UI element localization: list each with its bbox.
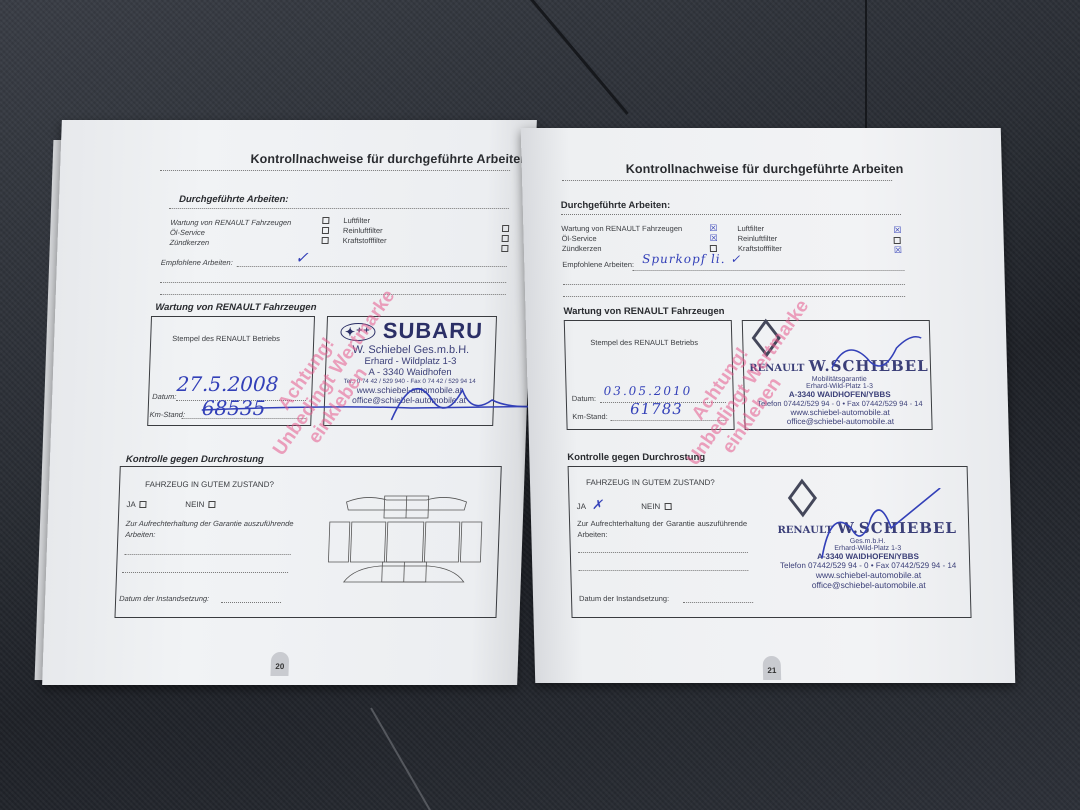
checkbox[interactable]: ☒ [709, 223, 717, 233]
km-label: Km-Stand: [572, 412, 608, 421]
checkbox[interactable] [894, 235, 902, 245]
checkbox-column: ☒ ☒ [893, 225, 902, 255]
section-heading: Durchgeführte Arbeiten: [179, 194, 289, 205]
date-label: Datum: [572, 394, 596, 403]
handwritten-date: 03.05.2010 [603, 384, 692, 398]
repair-date-label: Datum der Instandsetzung: [119, 594, 209, 603]
no-checkbox[interactable] [208, 501, 215, 508]
work-item: Wartung von RENAULT Fahrzeugen [170, 218, 291, 227]
checkbox[interactable]: ☒ [893, 225, 901, 235]
checkbox-column [497, 224, 509, 254]
yes-label: JA [126, 500, 136, 509]
stamp-label: Stempel des RENAULT Betriebs [590, 338, 698, 347]
work-item: Kraftstofffilter [343, 236, 387, 245]
work-item: Öl-Service [170, 228, 205, 237]
page-number: 21 [763, 656, 782, 680]
work-item: Reinluftfilter [343, 226, 383, 235]
condition-question: FAHRZEUG IN GUTEM ZUSTAND? [145, 480, 274, 489]
handwritten-km: 61783 [630, 400, 683, 418]
stamp-label: Stempel des RENAULT Betriebs [172, 334, 280, 343]
work-item: Zündkerzen [169, 238, 209, 247]
handwritten-signature [826, 328, 928, 388]
section-heading: Kontrolle gegen Durchrostung [126, 454, 264, 465]
recommended-label: Empfohlene Arbeiten: [161, 258, 233, 267]
checkbox-column [317, 216, 329, 246]
car-body-diagram [323, 492, 486, 592]
handwritten-signature [800, 488, 952, 568]
divider [160, 170, 510, 171]
no-label: NEIN [185, 500, 204, 509]
work-item-list: Wartung von RENAULT Fahrzeugen Öl-Servic… [561, 224, 683, 254]
recommended-label: Empfohlene Arbeiten: [562, 260, 634, 269]
yes-no-row: JA ✗ NEIN [576, 498, 671, 513]
no-checkbox[interactable] [664, 503, 671, 510]
work-item-list: Wartung von RENAULT Fahrzeugen Öl-Servic… [169, 218, 291, 248]
recommended-line [160, 282, 506, 283]
page-title: Kontrollnachweise für durchgeführte Arbe… [250, 152, 528, 166]
warranty-line [122, 572, 288, 573]
section-heading: Wartung von RENAULT Fahrzeugen [155, 302, 317, 313]
divider [561, 214, 901, 215]
stamp-email: office@schiebel-automobile.at [759, 580, 979, 590]
checkbox-column: ☒ ☒ [709, 223, 718, 253]
checkbox[interactable] [322, 227, 329, 234]
repair-date-line [221, 602, 281, 603]
repair-date-label: Datum der Instandsetzung: [579, 594, 669, 603]
page-title: Kontrollnachweise für durchgeführte Arbe… [626, 162, 904, 176]
warranty-text: Zur Aufrechterhaltung der Garantie auszu… [125, 518, 296, 540]
work-item: Wartung von RENAULT Fahrzeugen [561, 224, 682, 233]
checkbox[interactable] [501, 245, 508, 252]
work-item: Kraftstofffilter [738, 244, 782, 253]
recommended-line [632, 270, 904, 271]
recommended-line [237, 266, 507, 267]
work-item: Luftfilter [343, 216, 370, 225]
work-item-list: Luftfilter Reinluftfilter Kraftstofffilt… [737, 224, 782, 254]
section-heading: Durchgeführte Arbeiten: [561, 200, 671, 211]
no-label: NEIN [641, 502, 660, 511]
warranty-line [578, 552, 748, 553]
work-item: Öl-Service [562, 234, 597, 243]
stamp-email: office@schiebel-automobile.at [740, 417, 940, 426]
checkbox[interactable]: ☒ [709, 233, 717, 243]
checkbox[interactable] [502, 235, 509, 242]
stamp-web: www.schiebel-automobile.at [758, 570, 978, 580]
page-number: 20 [270, 652, 289, 676]
checkbox[interactable]: ☒ [894, 245, 902, 255]
warranty-text: Zur Aufrechterhaltung der Garantie auszu… [577, 518, 748, 540]
date-label: Datum: [152, 392, 177, 401]
repair-date-line [683, 602, 753, 603]
divider [169, 208, 509, 209]
warranty-line [125, 554, 291, 555]
service-booklet: Kontrollnachweise für durchgeführte Arbe… [0, 0, 1080, 810]
section-heading: Wartung von RENAULT Fahrzeugen [563, 306, 724, 317]
condition-question: FAHRZEUG IN GUTEM ZUSTAND? [586, 478, 715, 487]
km-label: Km-Stand: [149, 410, 185, 419]
yes-no-row: JA NEIN [126, 500, 215, 509]
checkbox[interactable] [322, 217, 329, 224]
work-item: Luftfilter [737, 224, 764, 233]
checkbox[interactable] [322, 237, 329, 244]
divider [562, 180, 892, 181]
yes-checkbox-checked[interactable]: ✗ [592, 498, 603, 513]
yes-label: JA [577, 502, 586, 511]
handwritten-recommendation: Spurkopf li. ✓ [642, 252, 742, 266]
work-item: Zündkerzen [562, 244, 602, 253]
recommended-line [563, 296, 905, 297]
recommended-line [160, 294, 506, 295]
warranty-line [578, 570, 748, 571]
handwritten-signature [191, 370, 573, 430]
checkbox[interactable] [502, 225, 509, 232]
yes-checkbox[interactable] [140, 501, 147, 508]
handwritten-checkmark: ✓ [295, 248, 309, 267]
recommended-line [563, 284, 905, 285]
work-item: Reinluftfilter [738, 234, 778, 243]
work-item-list: Luftfilter Reinluftfilter Kraftstofffilt… [342, 216, 387, 246]
